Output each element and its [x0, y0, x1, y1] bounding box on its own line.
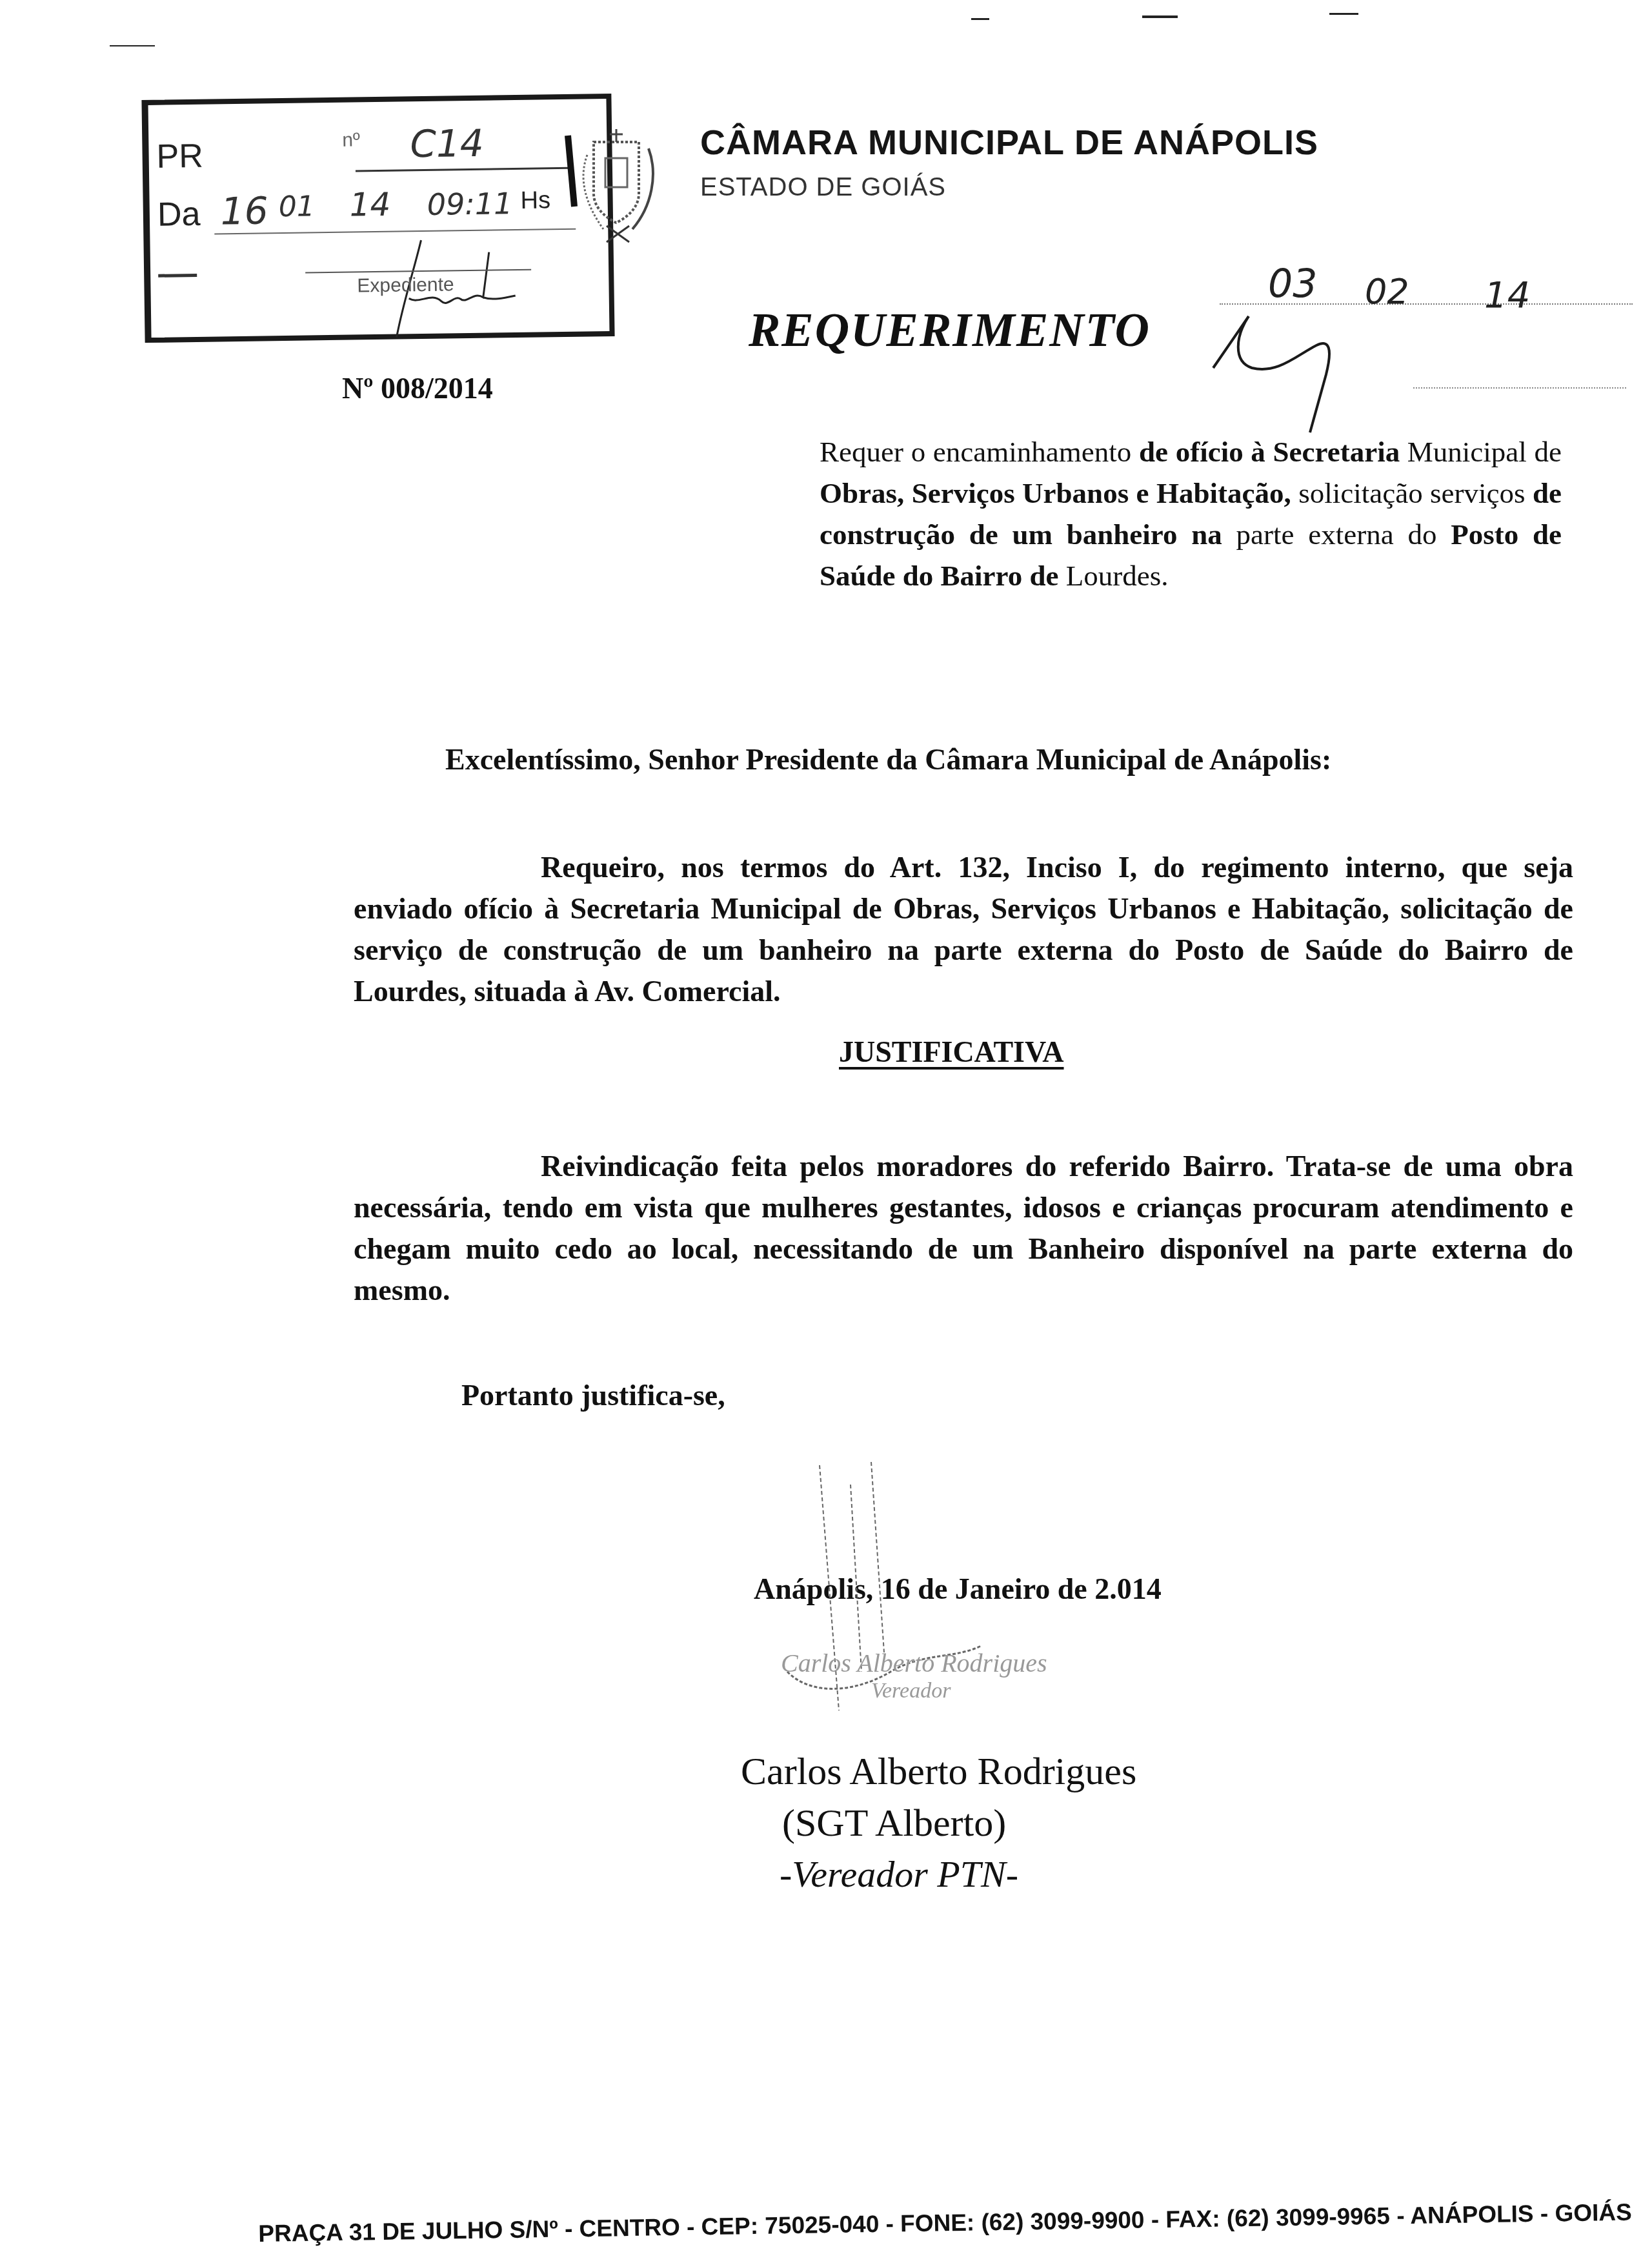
stamp-time-suffix: Hs: [520, 187, 550, 215]
summary-part: Requer o encaminhamento: [820, 436, 1139, 468]
signer-alias: (SGT Alberto): [782, 1801, 1006, 1845]
scan-artifact: [110, 45, 155, 46]
summary-block: Requer o encaminhamento de ofício à Secr…: [820, 431, 1562, 596]
svg-text:Vereador: Vereador: [871, 1679, 951, 1703]
handwritten-year: 14: [1484, 274, 1530, 316]
scan-artifact: [1329, 13, 1358, 15]
summary-part: Obras, Serviços Urbanos e Habitação,: [820, 477, 1298, 509]
stamp-date-month: 01: [278, 190, 315, 223]
signer-role: -Vereador PTN-: [780, 1852, 1018, 1896]
salutation: Excelentíssimo, Senhor Presidente da Câm…: [445, 742, 1331, 776]
stamp-protocol-label: PR: [156, 137, 203, 176]
stamp-footer-label: Expediente: [357, 274, 454, 297]
stamp-time: 09:11: [427, 186, 512, 222]
stamp-number-value: C14: [410, 121, 484, 167]
scan-artifact: [1413, 387, 1626, 389]
scan-artifact: [1142, 15, 1178, 18]
stamp-number-prefix: nº: [342, 129, 360, 151]
svg-text:Carlos Alberto Rodrigues: Carlos Alberto Rodrigues: [781, 1649, 1047, 1678]
summary-part: solicitação serviços: [1298, 477, 1533, 509]
document-number: Nº 008/2014: [342, 371, 493, 405]
stamp-date-label: Da: [157, 195, 200, 234]
coat-of-arms-icon: [555, 116, 665, 245]
signature-stamp: Carlos Alberto Rodrigues Vereador: [774, 1459, 1136, 1717]
justification-paragraph: Reivindicação feita pelos moradores do r…: [354, 1146, 1573, 1311]
summary-part: parte externa do: [1236, 518, 1451, 551]
handwritten-month: 02: [1365, 271, 1409, 312]
footer-address: PRAÇA 31 DE JULHO S/Nº - CENTRO - CEP: 7…: [258, 2199, 1632, 2248]
closing-text: Portanto justifica-se,: [461, 1378, 725, 1412]
summary-part: Lourdes.: [1066, 560, 1169, 592]
summary-part: de ofício à Secretaria: [1139, 436, 1407, 468]
handwritten-initials: [1200, 310, 1407, 439]
institution-name: CÂMARA MUNICIPAL DE ANÁPOLIS: [700, 123, 1318, 163]
request-paragraph: Requeiro, nos termos do Art. 132, Inciso…: [354, 847, 1573, 1012]
protocol-stamp: PR nº C14 Da 16 01 14 09:11 Hs Expedient…: [141, 94, 614, 343]
scan-artifact: [971, 18, 989, 20]
stamp-date-day: 16: [220, 188, 268, 233]
stamp-date-year: 14: [349, 186, 390, 224]
signer-name: Carlos Alberto Rodrigues: [741, 1749, 1136, 1794]
summary-part: Municipal de: [1407, 436, 1562, 468]
handwritten-day: 03: [1268, 261, 1317, 307]
justification-heading: JUSTIFICATIVA: [839, 1035, 1064, 1069]
state-name: ESTADO DE GOIÁS: [700, 173, 946, 202]
document-type-title: REQUERIMENTO: [749, 303, 1151, 358]
